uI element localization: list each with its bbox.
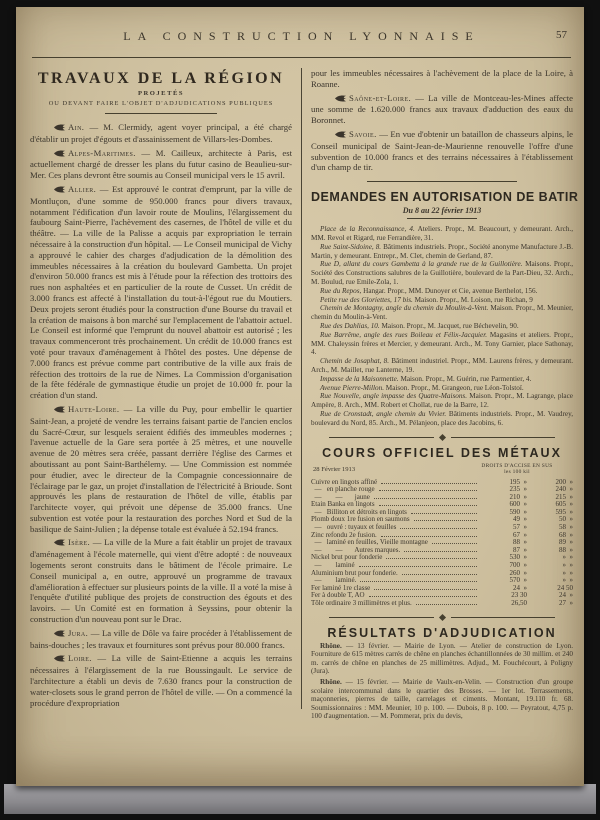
department-name: Allier.: [68, 184, 96, 194]
metals-duty-note: DROITS D'ACCISE EN SUS les 100 kil: [461, 463, 573, 476]
department-name: Ain.: [68, 122, 84, 132]
dot-leader: [402, 573, 477, 575]
permit-address: Impasse de la Maisonnette.: [320, 375, 399, 383]
divider-line: [329, 617, 434, 618]
section-rule: [105, 113, 217, 114]
metals-table: Cuivre en lingots affiné195 »200 » — en …: [311, 479, 573, 608]
permit-address: Rue D, allant du cours Gambetta à la gra…: [320, 260, 522, 268]
region-item-text: — Est approuvé le contrat d'emprunt, par…: [30, 184, 292, 400]
permits-date-rule: [407, 218, 477, 219]
region-item: Loire. — La ville de Saint-Etienne a acq…: [30, 653, 292, 708]
permit-details: Maison. Propr., M. Loison, rue Richan, 9: [415, 296, 533, 304]
pointer-ornament-icon: [42, 123, 65, 134]
pointer-ornament-icon: [42, 405, 65, 416]
permit-details: Hangar. Propr., MM. Dunoyer et Cie, aven…: [363, 287, 537, 295]
column-divider-rule: [301, 68, 302, 709]
diamond-ornament-icon: [438, 433, 445, 440]
region-item: Isère. — La ville de la Mure a fait étab…: [30, 537, 292, 624]
region-item-text: — La ville du Puy, pour embellir le quar…: [30, 404, 292, 534]
result-department: Rhône.: [320, 678, 342, 686]
page-number: 57: [556, 29, 567, 41]
dot-leader: [379, 489, 477, 491]
pointer-ornament-icon: [42, 149, 65, 160]
permit-address: Chemin de Josaphat, 8.: [320, 357, 389, 365]
dot-leader: [359, 565, 477, 567]
permit-entry: Rue Saint-Sidoine, 8. Bâtiments industri…: [311, 243, 573, 261]
metals-section-title: COURS OFFICIEL DES MÉTAUX: [311, 446, 573, 460]
dot-leader: [360, 580, 477, 582]
pointer-ornament-icon: [42, 654, 65, 665]
adjudication-results: Rhône. — 13 février. — Mairie de Lyon. —…: [311, 642, 573, 721]
permit-entry: Rue du Repos, Hangar. Propr., MM. Dunoye…: [311, 287, 573, 296]
region-item: Savoie. — En vue d'obtenir un bataillon …: [311, 129, 573, 173]
permit-entry: Rue de Cronstadt, angle chemin du Vivier…: [311, 410, 573, 428]
divider-line: [451, 617, 556, 618]
dot-leader: [432, 542, 477, 544]
permit-entry: Rue D, allant du cours Gambetta à la gra…: [311, 260, 573, 286]
ornament-divider: [329, 615, 555, 620]
permit-details: Maison. Propr., M. Guérin, rue Parmentie…: [400, 375, 531, 383]
region-items: Ain. — M. Clermidy, agent voyer principa…: [30, 122, 292, 708]
department-name: Haute-Loire.: [68, 404, 119, 414]
metals-table-header: 28 Février 1913 DROITS D'ACCISE EN SUS l…: [311, 463, 573, 479]
pointer-ornament-icon: [323, 94, 346, 105]
region-item: Jura. — La ville de Dôle va faire procéd…: [30, 628, 292, 651]
left-column: TRAVAUX DE LA RÉGION PROJETÉS OU DEVANT …: [30, 68, 292, 723]
permit-entry: Rue Barrême, angle des rues Boileau et F…: [311, 331, 573, 357]
dot-leader: [381, 482, 477, 484]
permit-address: Place de la Reconnaissance, 4.: [320, 225, 415, 233]
section-subtitle-adjudications: OU DEVANT FAIRE L'OBJET D'ADJUDICATIONS …: [30, 100, 292, 107]
scanned-newspaper-page: LA CONSTRUCTION LYONNAISE 57 TRAVAUX DE …: [16, 7, 584, 786]
permit-entry: Place de la Reconnaissance, 4. Ateliers.…: [311, 225, 573, 243]
continuation-paragraph: pour les immeubles nécessaires à l'achèv…: [311, 68, 573, 90]
result-text: — 13 février. — Mairie de Lyon. — Atelie…: [311, 642, 573, 676]
metals-duty-line2: les 100 kil: [504, 469, 530, 475]
dot-leader: [416, 603, 477, 605]
pointer-ornament-icon: [42, 538, 65, 549]
permit-details: Maison. Propr., M. Grangeon, rue Léon-To…: [386, 384, 524, 392]
permit-entries: Place de la Reconnaissance, 4. Ateliers.…: [311, 225, 573, 427]
section-divider: [367, 181, 517, 182]
permit-address: Chemin de Montagny, angle du chemin du M…: [320, 304, 488, 312]
dot-leader: [374, 497, 477, 499]
result-department: Rhône.: [320, 642, 342, 650]
result-text: — 15 février. — Mairie de Vaulx-en-Velin…: [311, 678, 573, 720]
masthead-rule: [32, 57, 571, 58]
dot-leader: [414, 519, 477, 521]
dot-leader: [369, 595, 477, 597]
region-item: Allier. — Est approuvé le contrat d'empr…: [30, 184, 292, 401]
permit-entry: Impasse de la Maisonnette. Maison. Propr…: [311, 375, 573, 384]
journal-title: LA CONSTRUCTION LYONNAISE: [30, 29, 573, 44]
dot-leader: [400, 527, 477, 529]
results-section-title: RÉSULTATS D'ADJUDICATION: [311, 626, 573, 640]
metal-label: Tôle ordinaire 3 millimètres et plus.: [311, 600, 412, 608]
permit-entry: Chemin de Josaphat, 8. Bâtiment industri…: [311, 357, 573, 375]
region-items-right: Saône-et-Loire. — La ville de Montceau-l…: [311, 93, 573, 174]
section-subtitle-projetes: PROJETÉS: [30, 90, 292, 97]
region-item: Haute-Loire. — La ville du Puy, pour emb…: [30, 404, 292, 535]
dot-leader: [374, 588, 477, 590]
dot-leader: [379, 504, 477, 506]
pointer-ornament-icon: [323, 130, 346, 141]
result-entry: Rhône. — 13 février. — Mairie de Lyon. —…: [311, 642, 573, 676]
permit-address: Rue Barrême, angle des rues Boileau et F…: [320, 331, 487, 339]
department-name: Loire.: [68, 653, 92, 663]
region-item: Ain. — M. Clermidy, agent voyer principa…: [30, 122, 292, 145]
divider-line: [451, 437, 556, 438]
section-title-travaux: TRAVAUX DE LA RÉGION: [30, 70, 292, 88]
metal-price-2: 27 »: [527, 600, 573, 608]
metals-duty-line1: DROITS D'ACCISE EN SUS: [481, 463, 552, 469]
permit-address: Rue Saint-Sidoine, 8.: [320, 243, 381, 251]
diamond-ornament-icon: [438, 614, 445, 621]
metals-quote-date: 28 Février 1913: [313, 466, 355, 473]
department-name: Jura.: [68, 628, 88, 638]
masthead: LA CONSTRUCTION LYONNAISE 57: [30, 29, 573, 55]
permit-address: Petite rue des Gloriettes, 17 bis.: [320, 296, 413, 304]
department-name: Isère.: [68, 537, 90, 547]
permit-entry: Chemin de Montagny, angle du chemin du M…: [311, 304, 573, 322]
permits-section-title: DEMANDES EN AUTORISATION DE BATIR: [311, 190, 573, 204]
region-item-text: — La ville de la Mure a fait établir un …: [30, 537, 292, 624]
permit-entry: Rue des Dahlias, 10. Maison. Propr., M. …: [311, 322, 573, 331]
department-name: Saône-et-Loire.: [349, 93, 411, 103]
department-name: Savoie.: [349, 129, 377, 139]
dot-leader: [386, 557, 477, 559]
permit-address: Rue de Cronstadt, angle chemin du Vivier…: [320, 410, 446, 418]
permit-address: Rue Nouvelle, angle impasse des Quatre-M…: [320, 392, 467, 400]
columns: TRAVAUX DE LA RÉGION PROJETÉS OU DEVANT …: [30, 68, 573, 723]
metal-row: Tôle ordinaire 3 millimètres et plus.26,…: [311, 600, 573, 608]
permits-date-range: Du 8 au 22 février 1913: [311, 206, 573, 215]
metal-price-1: 26,50: [481, 600, 527, 608]
permit-entry: Rue Nouvelle, angle impasse des Quatre-M…: [311, 392, 573, 410]
result-entry: Rhône. — 15 février. — Mairie de Vaulx-e…: [311, 678, 573, 721]
scanner-background: [4, 784, 596, 814]
permit-entry: Avenue Pierre-Millon. Maison. Propr., M.…: [311, 384, 573, 393]
permit-address: Rue du Repos,: [320, 287, 361, 295]
pointer-ornament-icon: [42, 185, 65, 196]
region-item: Saône-et-Loire. — La ville de Montceau-l…: [311, 93, 573, 126]
divider-line: [329, 437, 434, 438]
dot-leader: [381, 535, 477, 537]
region-item: Alpes-Maritimes. — M. Cailleux, architec…: [30, 148, 292, 181]
department-name: Alpes-Maritimes.: [68, 148, 136, 158]
permit-address: Rue des Dahlias, 10.: [320, 322, 380, 330]
dot-leader: [404, 550, 477, 552]
permit-entry: Petite rue des Gloriettes, 17 bis. Maiso…: [311, 296, 573, 305]
right-column: pour les immeubles nécessaires à l'achèv…: [311, 68, 573, 723]
pointer-ornament-icon: [42, 629, 65, 640]
dot-leader: [411, 512, 477, 514]
permit-details: Maison. Propr., M. Jacquet, rue Béchevel…: [382, 322, 519, 330]
ornament-divider: [329, 435, 555, 440]
permit-address: Avenue Pierre-Millon.: [320, 384, 384, 392]
